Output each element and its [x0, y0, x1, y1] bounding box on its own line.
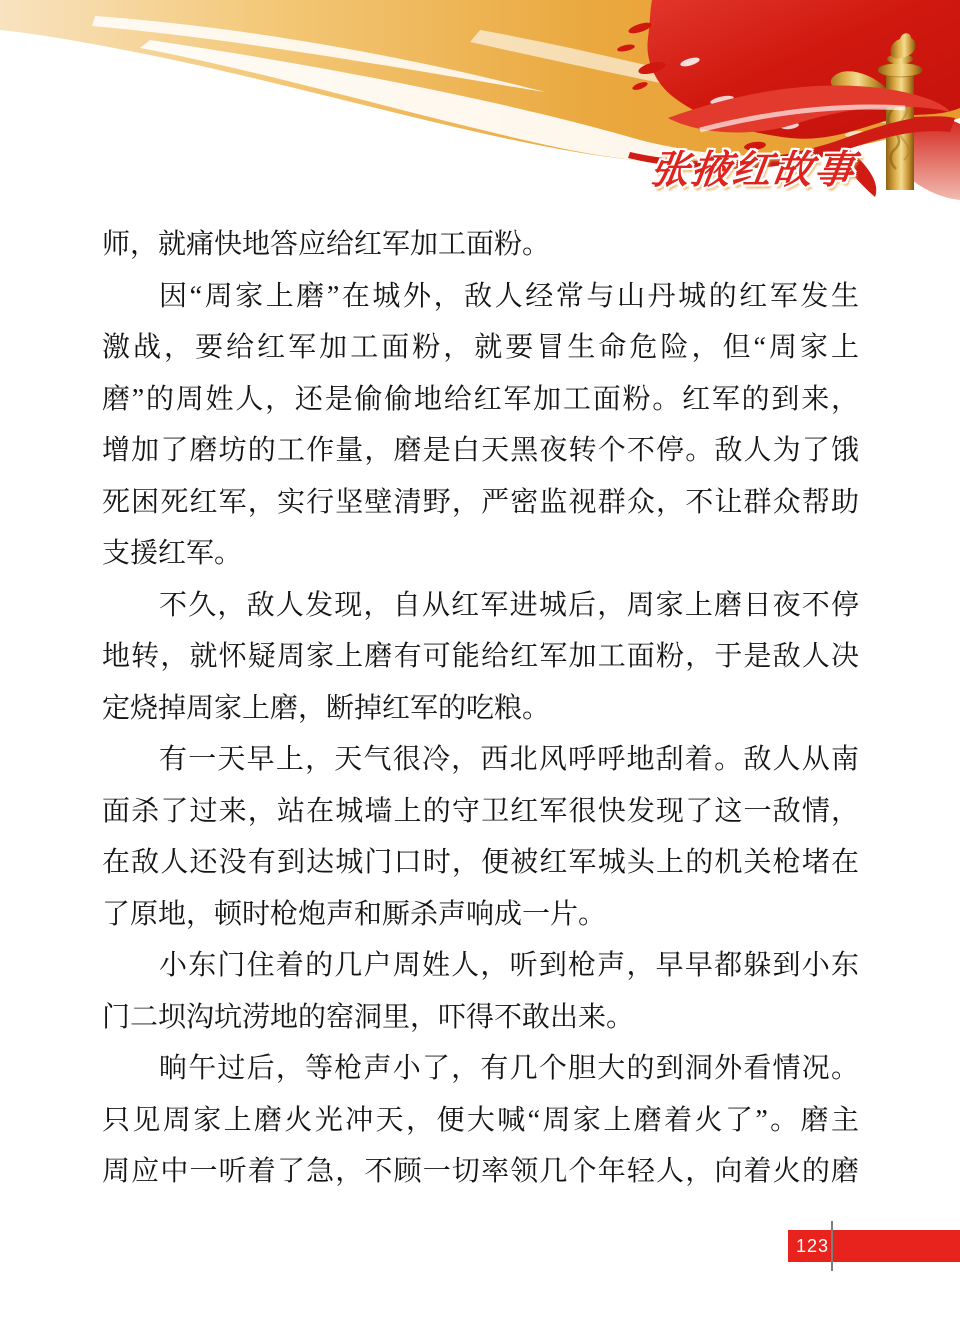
text-line: 门二坝沟坑涝地的窑洞里，吓得不敢出来。 — [102, 992, 859, 1044]
text-line: 定烧掉周家上磨，断掉红军的吃粮。 — [102, 683, 859, 735]
page-container: 张掖红故事 师，就痛快地答应给红军加工面粉。因“周家上磨”在城外，敌人经常与山丹… — [0, 0, 960, 1341]
text-line: 激战，要给红军加工面粉，就要冒生命危险，但“周家上 — [102, 322, 859, 374]
text-line: 死困死红军，实行坚壁清野，严密监视群众，不让群众帮助 — [102, 477, 859, 529]
text-line: 支援红军。 — [102, 528, 859, 580]
book-series-title: 张掖红故事 — [646, 147, 883, 199]
text-line: 了原地，顿时枪炮声和厮杀声响成一片。 — [102, 889, 859, 941]
text-line: 只见周家上磨火光冲天，便大喊“周家上磨着火了”。磨主 — [102, 1095, 859, 1147]
text-line: 增加了磨坊的工作量，磨是白天黑夜转个不停。敌人为了饿 — [102, 425, 859, 477]
text-line: 在敌人还没有到达城门口时，便被红军城头上的机关枪堵在 — [102, 837, 859, 889]
footer-bar: 123 — [788, 1230, 960, 1262]
text-line: 有一天早上，天气很冷，西北风呼呼地刮着。敌人从南 — [102, 734, 859, 786]
text-line: 地转，就怀疑周家上磨有可能给红军加工面粉，于是敌人决 — [102, 631, 859, 683]
text-line: 师，就痛快地答应给红军加工面粉。 — [102, 219, 859, 271]
body-text-block: 师，就痛快地答应给红军加工面粉。因“周家上磨”在城外，敌人经常与山丹城的红军发生… — [102, 219, 859, 1198]
text-line: 晌午过后，等枪声小了，有几个胆大的到洞外看情况。 — [102, 1043, 859, 1095]
text-line: 因“周家上磨”在城外，敌人经常与山丹城的红军发生 — [102, 271, 859, 323]
page-number: 123 — [788, 1230, 829, 1262]
text-line: 不久，敌人发现，自从红军进城后，周家上磨日夜不停 — [102, 580, 859, 632]
text-line: 小东门住着的几户周姓人，听到枪声，早早都躲到小东 — [102, 940, 859, 992]
trim-mark-line — [831, 1221, 833, 1271]
text-line: 面杀了过来，站在城墙上的守卫红军很快发现了这一敌情， — [102, 786, 859, 838]
text-line: 周应中一听着了急，不顾一切率领几个年轻人，向着火的磨 — [102, 1146, 859, 1198]
text-line: 磨”的周姓人，还是偷偷地给红军加工面粉。红军的到来， — [102, 374, 859, 426]
